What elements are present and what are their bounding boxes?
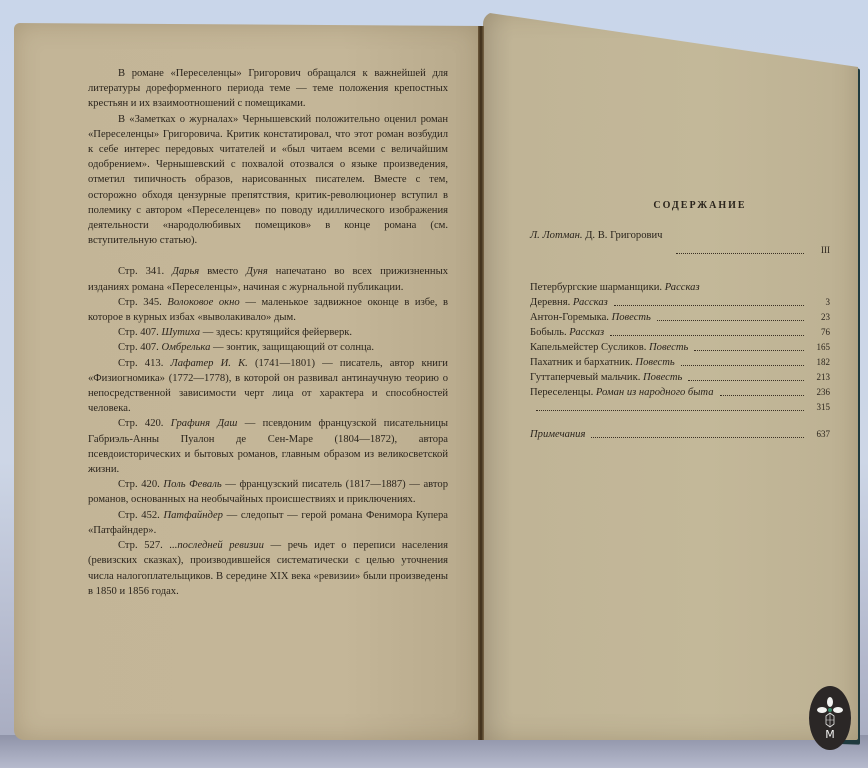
notes-text-block: В романе «Переселенцы» Григорович обраща… [88, 66, 448, 599]
toc-entry: Капельмейстер Сусликов. Повесть 165 [530, 340, 830, 355]
toc-entry: Деревня. Рассказ 3 [530, 295, 830, 310]
book-spine-gutter [478, 26, 484, 740]
note-item: Стр. 413. Лафатер И. К. (1741—1801) — пи… [88, 356, 448, 417]
toc-entry-intro: Л. Лотман. Д. В. Григорович [530, 228, 830, 243]
paragraph: В романе «Переселенцы» Григорович обраща… [88, 66, 448, 112]
toc-entry: Бобыль. Рассказ 76 [530, 325, 830, 340]
note-item: Стр. 407. Шутиха — здесь: крутящийся фей… [88, 325, 448, 340]
toc-entry-notes: Примечания 637 [530, 427, 830, 442]
note-item: Стр. 407. Омбрелька — зонтик, защищающий… [88, 340, 448, 355]
toc-entry: Антон-Горемыка. Повесть 23 [530, 310, 830, 325]
note-item: Стр. 341. Дарья вместо Дуня напечатано в… [88, 264, 448, 294]
note-item: Стр. 420. Поль Феваль — французский писа… [88, 477, 448, 507]
note-item: Стр. 452. Патфайндер — следопыт — герой … [88, 508, 448, 538]
toc-title: СОДЕРЖАНИЕ [530, 200, 830, 211]
svg-text:М: М [825, 728, 835, 741]
flower-monogram-icon: М [809, 686, 851, 750]
note-item: Стр. 527. ...последней ревизии — речь ид… [88, 538, 448, 599]
paragraph: В «Заметках о журналах» Чернышевский пол… [88, 112, 448, 249]
table-of-contents: СОДЕРЖАНИЕ Л. Лотман. Д. В. Григорович I… [530, 200, 830, 442]
toc-entry-intro-page: III [670, 243, 830, 258]
toc-entry: 315 [530, 400, 830, 415]
toc-entry: Петербургские шарманщики. Рассказ [530, 280, 830, 295]
toc-entry: Гуттаперчевый мальчик. Повесть 213 [530, 370, 830, 385]
toc-entry: Пахатник и бархатник. Повесть 182 [530, 355, 830, 370]
toc-entry: Переселенцы. Роман из народного быта 236 [530, 385, 830, 400]
note-item: Стр. 420. Графиня Даш — псевдоним францу… [88, 416, 448, 477]
watermark-logo: М [809, 686, 851, 750]
note-item: Стр. 345. Волоковое окно — маленькое зад… [88, 295, 448, 325]
